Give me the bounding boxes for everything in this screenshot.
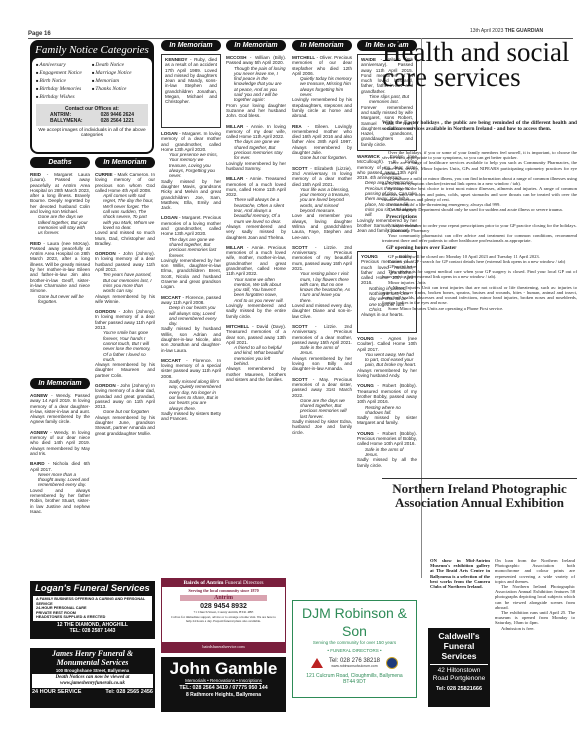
notice-name: GORDON bbox=[95, 309, 116, 314]
deaths-column: REID - Margaret Laura (Laura). Passed aw… bbox=[30, 172, 90, 372]
notice-verse: Safe in the arms of Jesus. bbox=[292, 345, 352, 356]
notice-mitchell-david: MITCHELL - David (Davy). Treasured memor… bbox=[226, 324, 286, 382]
notice-scott-2: SCOTT - Lizzie. 2nd Anniversary. Preciou… bbox=[292, 245, 352, 319]
logans-title: Logan's Funeral Services bbox=[33, 583, 152, 595]
notice-scott-1: SCOTT - Elizabeth (Lizzie). 2nd Annivers… bbox=[292, 166, 352, 240]
logans-bullet: A FAMILY BUSINESS OFFERING A CARING AND … bbox=[36, 597, 149, 606]
notice-name: LOGAN bbox=[161, 131, 178, 136]
notice-name: WARWICK bbox=[357, 154, 380, 159]
notice-mccart-1: MCCART - Florence, passed away 11th Apri… bbox=[161, 295, 221, 353]
health-body: Over the holidays, if you or some of you… bbox=[382, 150, 577, 311]
notice-signoff: Lovingly remembered by her son Willis, d… bbox=[161, 258, 221, 289]
notice-young-4: YOUNG - Robert (Bobby). Precious memorie… bbox=[357, 431, 417, 468]
contact-offices: Contact our Offices at: ANTRIM:028 9446 … bbox=[36, 104, 148, 126]
bairds-funeral-ad: Bairds of Antrim Funeral Directors Servi… bbox=[161, 578, 286, 653]
nipa-paragraph: Admission is free. bbox=[495, 626, 575, 631]
nipa-paragraph: The Northern Ireland Photographic Associ… bbox=[495, 584, 575, 610]
notice-baird: BAIRD - Nichola died 6th April 2017.Neve… bbox=[30, 461, 90, 514]
health-headline: Health and social care services bbox=[382, 40, 577, 90]
notice-agnew-2: AGNEW - Wendy. In loving memory of our d… bbox=[30, 430, 90, 456]
notice-text: - Annie. Precious memories of a much lov… bbox=[226, 245, 286, 276]
category-item: Birthday Wishes bbox=[36, 93, 92, 101]
notice-name: YOUNG bbox=[361, 254, 378, 259]
notice-scott-3: SCOTT - Lizzie. 2nd Anniversary. Preciou… bbox=[292, 324, 352, 372]
james-henry-address: 100 Broughshane Street, Ballymena bbox=[32, 668, 153, 673]
memoriam-column-4: MCCOSH - William (Billy). Passed away 5t… bbox=[226, 55, 286, 549]
notice-millar-1: MILLAR - Annie. In loving memory of my d… bbox=[226, 124, 286, 172]
notice-logan-1: LOGAN - Margaret. In loving memory of a … bbox=[161, 131, 221, 210]
notice-name: REID bbox=[30, 241, 41, 246]
notice-verse: Your presence we miss, Your memory we tr… bbox=[161, 152, 221, 178]
notice-scott-4: SCOTT - May. Precious memories of a dear… bbox=[292, 377, 352, 435]
notice-signoff: Sadly missed by husband Willis, son Adri… bbox=[161, 326, 221, 352]
notice-name: MILLAR bbox=[226, 176, 243, 181]
health-lead: With the Easter holidays , the public ar… bbox=[382, 120, 577, 132]
notice-signoff: Always remembered by his wife Winnie. bbox=[95, 294, 155, 304]
notice-signoff: Love and remember you always, loving dau… bbox=[292, 213, 352, 239]
notice-millar-2: MILLAR - Annie. Treasured memories of a … bbox=[226, 176, 286, 240]
notice-name: MITCHELL bbox=[226, 324, 249, 329]
robinson-tagline: Serving the community for over 150 years bbox=[296, 640, 413, 645]
notice-signoff: Loved and missed every day, daughter Dia… bbox=[292, 303, 352, 319]
notice-text: - Wendy. Passed away 14 April 2019. In l… bbox=[30, 393, 90, 424]
notice-name: YOUNG bbox=[357, 431, 374, 436]
notice-name: KENNEDY bbox=[165, 57, 187, 62]
notice-verse: Your life was a blessing, your memory a … bbox=[292, 187, 352, 213]
notice-text: - Ruby, died as a result of an accident … bbox=[165, 57, 217, 104]
gamble-address: 8 Rathmore Heights, Ballymena bbox=[163, 692, 284, 698]
notice-verse: There will always be a heartache, Often … bbox=[226, 197, 286, 223]
notice-signoff: Sadly missed by all the family circle. bbox=[357, 457, 417, 467]
notice-name: AGNEW bbox=[30, 393, 48, 398]
nipa-paragraph: On loan from the Northern Ireland Photog… bbox=[495, 558, 575, 584]
notice-mccosh: MCCOSH - William (Billy). Passed away 5t… bbox=[226, 55, 286, 119]
health-paragraph: The Emergency Department should only be … bbox=[382, 207, 577, 212]
health-paragraph: A Minor Injuries Unit can treat injuries… bbox=[382, 285, 577, 306]
notice-signoff: Always remembered by her loving husband … bbox=[357, 368, 417, 378]
notice-verse: Resting where no shadows fall. bbox=[357, 405, 417, 416]
notice-verse: Gone but never will be forgotten. bbox=[30, 294, 90, 305]
ballymena-phone: 028 2564 1221 bbox=[101, 118, 134, 124]
notice-gordon-1: GORDON - John (Johnny). In loving memory… bbox=[95, 251, 155, 304]
notice-name: SCOTT bbox=[292, 324, 308, 329]
notice-gordon-2: GORDON - John (Johnny). In loving memory… bbox=[95, 309, 155, 378]
gamble-phone: TEL: 028 2564 3419 / 07775 950 144 bbox=[163, 685, 284, 691]
notice-name: MILLAR bbox=[226, 124, 243, 129]
notice-signoff: Always remembered by his daughter Mauree… bbox=[95, 362, 155, 378]
notice-currie: CURRIE - Mark Cameron. In loving memory … bbox=[95, 172, 155, 246]
robinson-address: 121 Culcrum Road, Cloughmills, Ballymena… bbox=[296, 673, 413, 685]
notice-signoff: Always remembered by mother Maureen, bro… bbox=[226, 366, 286, 382]
category-item: Memoriam bbox=[92, 77, 148, 85]
gamble-title: John Gamble bbox=[163, 659, 284, 678]
notice-verse: Gone are the days we talked together, Bu… bbox=[30, 214, 90, 235]
gamble-services: Memorials • Renovations • Inscriptions bbox=[163, 678, 284, 683]
notice-logan-2: LOGAN - Margaret. Precious memories of a… bbox=[161, 215, 221, 289]
notice-verse: The days are gone we shared together, Bu… bbox=[226, 139, 286, 160]
category-item: Birthday Memories bbox=[36, 85, 92, 93]
date-text: 13th April 2023 bbox=[470, 28, 503, 34]
notice-verse: Deep in our hearts you will always stay,… bbox=[161, 305, 221, 326]
bairds-phone: 028 9454 8932 bbox=[162, 603, 285, 610]
caldwell-phone: Tel: 028 25821666 bbox=[430, 686, 488, 692]
james-henry-notice[interactable]: Death Notices can now be viewed at www.j… bbox=[32, 674, 153, 688]
nipa-paragraph: The exhibition runs until April 25. The … bbox=[495, 610, 575, 626]
bairds-body: Call us for immediate support, advice or… bbox=[162, 614, 285, 624]
memoriam-column-2: CURRIE - Mark Cameron. In loving memory … bbox=[95, 172, 155, 564]
category-item: Birth Notice bbox=[36, 77, 92, 85]
bairds-tagline: Serving the local community since 1870 bbox=[162, 588, 285, 593]
notice-name: GORDON bbox=[95, 251, 116, 256]
notice-young-2: YOUNG - Agnes (nee Coulter). Called Home… bbox=[357, 336, 417, 378]
bairds-branch: Antrim bbox=[180, 595, 266, 601]
james-henry-phone: Tel: 028 2565 2456 bbox=[105, 689, 153, 695]
caldwell-address: 42 Hiltonstown Road Portglenone bbox=[430, 667, 488, 683]
page-number: Page 16 bbox=[28, 31, 51, 37]
notice-verse: Though the pain of losing you never leav… bbox=[226, 66, 286, 103]
notice-signoff: Always remembered by her loving son Bill… bbox=[292, 356, 352, 372]
notice-signoff: From your loving daughter Suzanne and he… bbox=[226, 103, 286, 119]
notice-name: YOUNG bbox=[357, 383, 374, 388]
notice-young-3: YOUNG - Robert (Bobby). Treasured memori… bbox=[357, 383, 417, 425]
notice-signoff: Sadly missed by sister Edna, husband Joe… bbox=[292, 419, 352, 435]
notice-name: SCOTT bbox=[292, 245, 308, 250]
bairds-type: Funeral Directors bbox=[224, 580, 264, 586]
notice-millar-3: MILLAR - Annie. Precious memories of a m… bbox=[226, 245, 286, 319]
notice-name: LOGAN bbox=[161, 215, 178, 220]
notice-agnew-1: AGNEW - Wendy. Passed away 14 April 2019… bbox=[30, 393, 90, 425]
in-memoriam-heading: In Memoriam bbox=[161, 40, 221, 51]
logans-funeral-ad: Logan's Funeral Services A FAMILY BUSINE… bbox=[30, 581, 155, 639]
notice-verse: Sadly missed along life's way, Quietly r… bbox=[161, 379, 221, 411]
nipa-column-2: On loan from the Northern Ireland Photog… bbox=[495, 558, 575, 631]
category-item: Thanks Notice bbox=[92, 85, 148, 93]
notice-name: MCCOSH bbox=[226, 55, 246, 60]
notice-mccart-2: MCCART - Florence. In loving memory of a… bbox=[161, 358, 221, 422]
memoriam-column-1: AGNEW - Wendy. Passed away 14 April 2019… bbox=[30, 393, 90, 563]
bairds-name: Bairds of Antrim bbox=[183, 580, 223, 586]
bairds-title: Bairds of Antrim Funeral Directors bbox=[162, 579, 285, 587]
notice-rea: REA - Eileen. Lovingly remembered mother… bbox=[292, 124, 352, 161]
accept-images-note: We accept images of individuals in all o… bbox=[36, 128, 148, 138]
bairds-website[interactable]: bairdsfuneralservice.com bbox=[162, 642, 285, 652]
notice-signoff: Loved and missed so much Mum, Dad, Chris… bbox=[95, 230, 155, 246]
health-paragraph: Self-care is the best choice to treat mo… bbox=[382, 186, 577, 202]
notice-verse: Ten years have passed, But our memories … bbox=[95, 272, 155, 293]
in-memoriam-heading: In Memoriam bbox=[95, 157, 155, 168]
james-henry-title: James Henry Funeral & Monumental Service… bbox=[32, 650, 153, 667]
memoriam-column-3: LOGAN - Margaret. In loving memory of a … bbox=[161, 131, 221, 549]
logans-phone: TEL: 028 2587 1443 bbox=[33, 628, 152, 634]
notice-name: MITCHELL bbox=[292, 55, 315, 60]
notice-signoff: Lovingly remembered and sadly missed by … bbox=[226, 303, 286, 319]
caldwells-funeral-ad: Caldwell's Funeral Services 42 Hiltonsto… bbox=[428, 628, 490, 707]
notice-name: REID bbox=[30, 172, 41, 177]
notice-signoff: Sadly missed by her daughter Mavis, gran… bbox=[161, 179, 221, 210]
notice-mitchell-oliver: MITCHELL - Oliver. Precious memories of … bbox=[292, 55, 352, 119]
family-notice-categories-box: Family Notice Categories Anniversary Dea… bbox=[30, 40, 154, 154]
category-item: Marriage Notice bbox=[92, 69, 148, 77]
memoriam-column-5: MITCHELL - Oliver. Precious memories of … bbox=[292, 55, 352, 585]
health-paragraph: This service is for urgent medical care … bbox=[382, 269, 577, 279]
health-paragraph: Some Minor Injuries Units are operating … bbox=[382, 306, 577, 311]
caldwell-title: Caldwell's Funeral Services bbox=[430, 631, 488, 665]
notice-name: YOUNG bbox=[357, 336, 374, 341]
james-henry-service: 24 HOUR SERVICE bbox=[32, 689, 81, 695]
notice-name: MCCART bbox=[161, 358, 181, 363]
notice-signoff: Always remembered and very sadly missed … bbox=[226, 224, 286, 240]
nipa-column-1: ON show in Mid-Antrim Museum's exhibitio… bbox=[430, 558, 490, 589]
nipa-lead: ON show in Mid-Antrim Museum's exhibitio… bbox=[430, 558, 490, 589]
notice-text: - Margaret Laura (Laura). Passed away pe… bbox=[30, 172, 90, 214]
in-memoriam-heading: In Memoriam bbox=[292, 40, 352, 51]
funeral-directors-logo-icon bbox=[311, 658, 323, 668]
notice-verse: A friend to all so helpful and kind, Wha… bbox=[226, 345, 286, 366]
health-paragraph: There are a range of healthcare services… bbox=[382, 160, 577, 176]
notice-signoff: Sadly missed by sisters Betty and France… bbox=[161, 411, 221, 421]
notice-name: REA bbox=[292, 124, 302, 129]
notice-verse: You're smile has gone forever, Your hand… bbox=[95, 330, 155, 362]
categories-list: Anniversary Death Notice Engagement Noti… bbox=[36, 61, 148, 101]
notice-reid-1: REID - Margaret Laura (Laura). Passed aw… bbox=[30, 172, 90, 236]
gp-hours-subheading: GP opening hours over Easter bbox=[386, 246, 577, 251]
notice-name: WAIDE bbox=[361, 57, 376, 62]
paper-name: THE GUARDIAN bbox=[505, 28, 543, 34]
in-memoriam-heading: In Memoriam bbox=[30, 378, 90, 389]
notice-verse: Quietly today his memory we treasure, Mi… bbox=[292, 76, 352, 97]
notice-name: MILLAR bbox=[226, 245, 243, 250]
notice-verse: Never more than a thought away. Loved an… bbox=[30, 472, 90, 488]
in-memoriam-heading: In Memoriam bbox=[226, 40, 286, 51]
notice-verse: Time slips past, But memories last. bbox=[361, 94, 413, 105]
notice-name: MCCART bbox=[161, 295, 181, 300]
crest-badge-icon bbox=[386, 657, 398, 669]
memoriam-column-6: YOUNG - Agnes (nee Coulter). Called Home… bbox=[357, 336, 417, 586]
health-paragraph: Over the holidays, if you or some of you… bbox=[382, 150, 577, 160]
nipa-headline: Northern Ireland Photographic Associatio… bbox=[382, 478, 577, 510]
notice-verse: Your resting place I visit mum, I lay fl… bbox=[292, 271, 352, 303]
james-henry-ad: James Henry Funeral & Monumental Service… bbox=[30, 648, 155, 708]
robinson-funeral-ad: DJM Robinson & Son Serving the community… bbox=[292, 600, 417, 698]
notice-gordon-3: GORDON - John (Johnny) In loving memory … bbox=[95, 383, 155, 436]
robinson-sub: • FUNERAL DIRECTORS • bbox=[296, 648, 413, 653]
notice-name: CURRIE bbox=[95, 172, 113, 177]
notice-verse: The days are gone we shared together, Bu… bbox=[161, 237, 221, 258]
notice-verse: April comes with sad regret, The day the… bbox=[95, 193, 155, 230]
notice-name: GORDON bbox=[95, 383, 116, 388]
notice-name: AGNEW bbox=[30, 430, 48, 435]
notice-verse: Safe in the arms of Jesus. bbox=[357, 447, 417, 458]
notice-verse: Gone but not forgotten. bbox=[292, 155, 352, 160]
notice-text: - Laura (nee McKay). Passed away peacefu… bbox=[30, 241, 90, 294]
health-paragraph: Your community pharmacist can offer advi… bbox=[382, 233, 577, 243]
notice-verse: You went away, We had to part, God eased… bbox=[357, 352, 417, 368]
notice-verse: Gone are the days we shared together, Bu… bbox=[292, 398, 352, 419]
notice-signoff: Always in our hearts. bbox=[361, 312, 404, 317]
prescriptions-subheading: Prescriptions bbox=[386, 215, 577, 220]
notice-signoff: Always remembered by his daughter June, … bbox=[95, 415, 155, 436]
notice-kennedy: KENNEDY - Ruby, died as a result of an a… bbox=[161, 54, 221, 128]
logans-bullet: HEADSTONES SUPPLIED & ERECTED bbox=[36, 615, 149, 620]
notice-verse: Your name we often mention, We talk abou… bbox=[226, 277, 286, 303]
notice-signoff: Sadly missed by sister Margaret and fami… bbox=[357, 415, 417, 425]
categories-title: Family Notice Categories bbox=[32, 42, 152, 58]
page-date: 13th April 2023 THE GUARDIAN bbox=[470, 28, 543, 34]
notice-name: BAIRD bbox=[30, 461, 45, 466]
notice-name: SCOTT bbox=[292, 166, 308, 171]
notice-text: - Eileen. Lovingly remembered mother who… bbox=[292, 124, 352, 155]
ballymena-label: BALLYMENA: bbox=[50, 118, 83, 124]
robinson-website[interactable]: www.robinsonsofculcrum.com bbox=[329, 664, 380, 668]
category-item: Engagement Notice bbox=[36, 69, 92, 77]
category-item: Anniversary bbox=[36, 61, 92, 69]
health-paragraph: If you have a mild or minor illness, you… bbox=[382, 176, 577, 186]
logans-bullets: A FAMILY BUSINESS OFFERING A CARING AND … bbox=[33, 596, 152, 621]
notice-signoff: Lovingly remembered by her husband Sammy… bbox=[226, 161, 286, 171]
john-gamble-ad: John Gamble Memorials • Renovations • In… bbox=[161, 657, 286, 712]
robinson-title: DJM Robinson & Son bbox=[296, 604, 413, 640]
notice-name: SCOTT bbox=[292, 377, 308, 382]
deaths-heading: Deaths bbox=[30, 157, 90, 168]
notice-reid-2: REID - Laura (nee McKay). Passed away pe… bbox=[30, 241, 90, 305]
category-item: Death Notice bbox=[92, 61, 148, 69]
notice-signoff: Lovingly remembered by his stepdaughters… bbox=[292, 97, 352, 118]
notice-signoff: Loved and always remembered by her fathe… bbox=[30, 488, 90, 514]
